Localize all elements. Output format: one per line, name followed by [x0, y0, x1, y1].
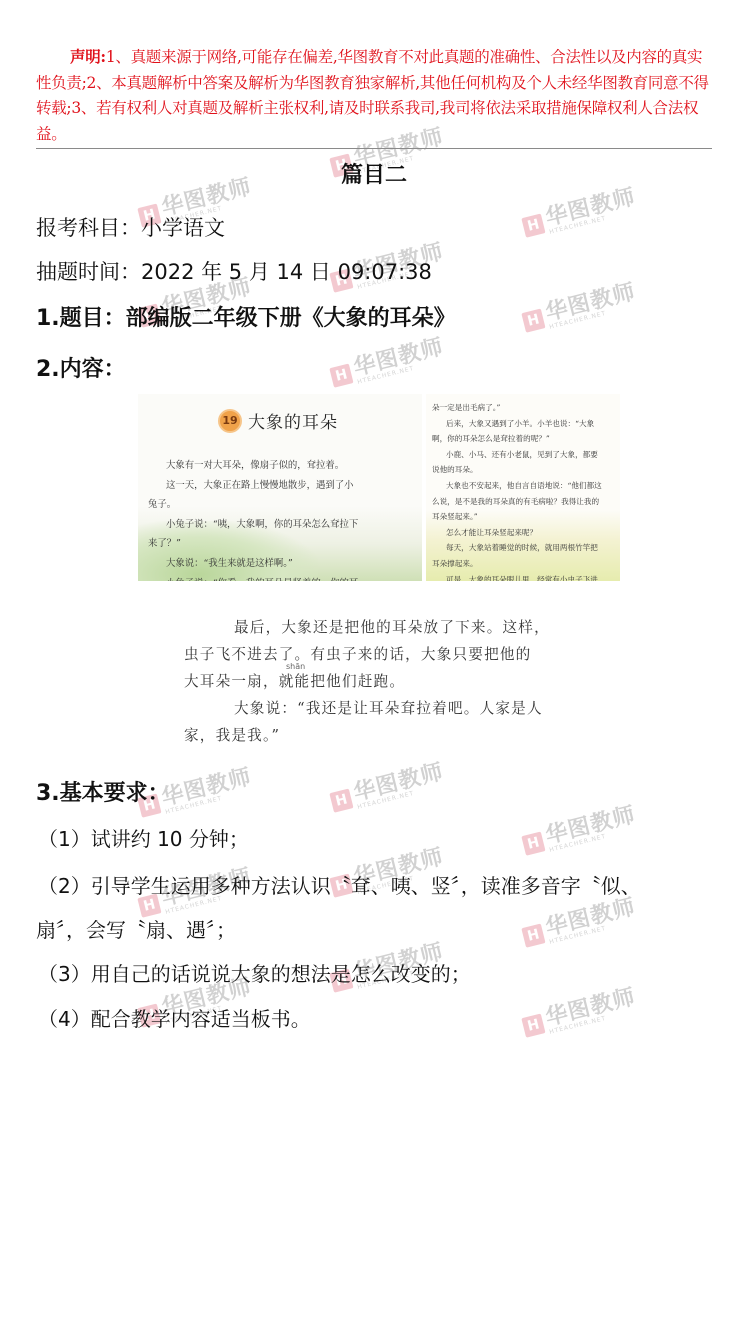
document-title: 篇目二 — [0, 158, 748, 189]
content-heading: 2.内容： — [36, 352, 126, 383]
draw-time: 抽题时间：2022 年 5 月 14 日 09:07:38 — [36, 256, 432, 286]
disclaimer-lead: 声明: — [70, 47, 106, 66]
requirement-item: （2）引导学生运用多种方法认识〝耷、咦、竖〞，读准多音字〝似、 — [38, 870, 641, 899]
requirement-item: （3）用自己的话说说大象的想法是怎么改变的； — [38, 958, 471, 987]
lesson-header: 19 大象的耳朵 — [218, 408, 338, 433]
watermark: H华图教师HTEACHER.NET — [520, 804, 639, 859]
textbook-right-page: 朵一定是出毛病了。” 后来，大象又遇到了小羊。小羊也说：“大象 啊，你的耳朵怎么… — [426, 394, 620, 581]
brand-logo-icon: H — [521, 923, 545, 947]
watermark: H华图教师HTEACHER.NET — [520, 986, 639, 1041]
brand-logo-icon: H — [329, 363, 353, 387]
watermark: H华图教师HTEACHER.NET — [520, 186, 639, 241]
disclaimer-text: 1、真题来源于网络,可能存在偏差,华图教育不对此真题的准确性、合法性以及内容的真… — [36, 48, 709, 143]
requirement-item: （1）试讲约 10 分钟； — [38, 823, 249, 852]
watermark: H华图教师HTEACHER.NET — [328, 336, 447, 391]
brand-logo-icon: H — [521, 213, 545, 237]
brand-logo-icon: H — [521, 308, 545, 332]
divider — [36, 148, 712, 149]
watermark: H华图教师HTEACHER.NET — [520, 281, 639, 336]
requirement-item: （4）配合教学内容适当板书。 — [38, 1003, 311, 1032]
exam-subject: 报考科目：小学语文 — [36, 212, 225, 242]
brand-logo-icon: H — [521, 831, 545, 855]
textbook-spread-image: 19 大象的耳朵 大象有一对大耳朵，像扇子似的，耷拉着。 这一天，大象正在路上慢… — [138, 394, 620, 581]
brand-logo-icon: H — [329, 788, 353, 812]
topic-heading: 1.题目：部编版二年级下册《大象的耳朵》 — [36, 301, 456, 332]
right-page-text: 朵一定是出毛病了。” 后来，大象又遇到了小羊。小羊也说：“大象 啊，你的耳朵怎么… — [432, 400, 602, 581]
requirements-heading: 3.基本要求： — [36, 776, 170, 807]
disclaimer: 声明:1、真题来源于网络,可能存在偏差,华图教育不对此真题的准确性、合法性以及内… — [36, 44, 716, 147]
continuation-text: 最后，大象还是把他的耳朵放了下来。这样， 虫子飞不进去了。有虫子来的话，大象只要… — [184, 614, 550, 749]
brand-logo-icon: H — [521, 1013, 545, 1037]
lesson-number-badge: 19 — [218, 409, 242, 433]
watermark: H华图教师HTEACHER.NET — [328, 761, 447, 816]
requirement-item-continued: 扇〞，会写〝扇、遇〞； — [36, 914, 236, 943]
lesson-title: 大象的耳朵 — [248, 408, 338, 433]
textbook-continuation-image: shān 最后，大象还是把他的耳朵放了下来。这样， 虫子飞不进去了。有虫子来的话… — [176, 598, 606, 756]
left-page-text: 大象有一对大耳朵，像扇子似的，耷拉着。 这一天，大象正在路上慢慢地散步，遇到了小… — [148, 456, 432, 581]
textbook-left-page: 19 大象的耳朵 大象有一对大耳朵，像扇子似的，耷拉着。 这一天，大象正在路上慢… — [138, 394, 422, 581]
watermark: H华图教师HTEACHER.NET — [520, 896, 639, 951]
